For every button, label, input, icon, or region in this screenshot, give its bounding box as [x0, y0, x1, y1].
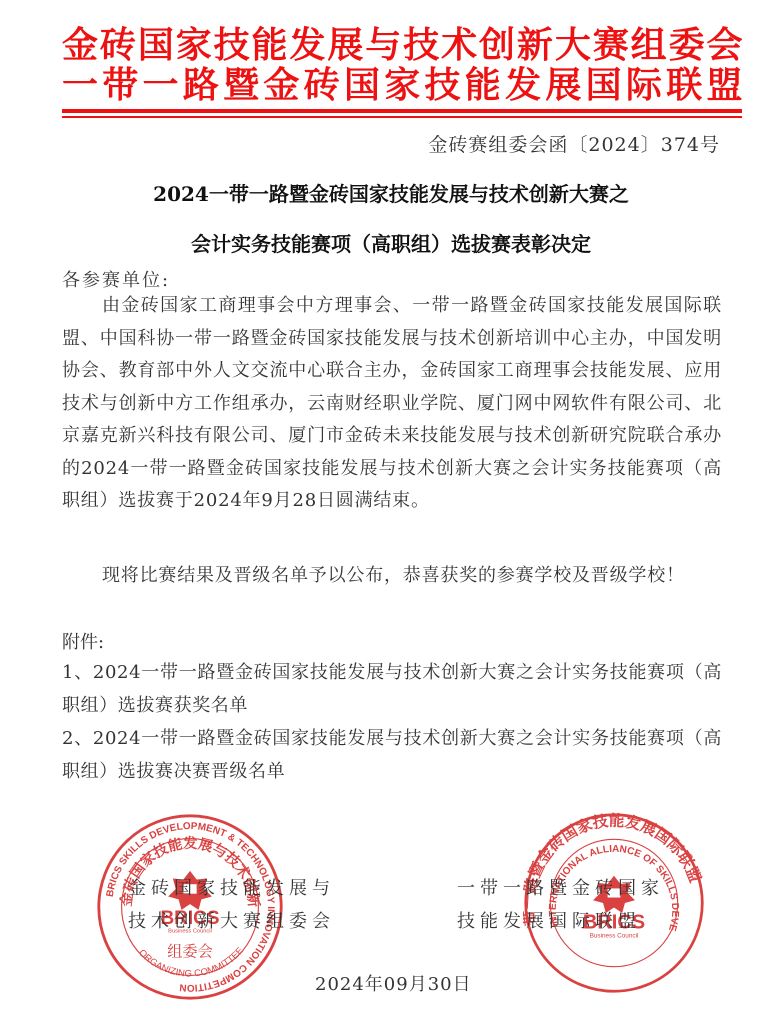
signature-organizing-committee: 金砖国家技能发展与 技术创新大赛组委会	[128, 872, 335, 938]
document-title-line2: 会计实务技能赛项（高职组）选拔赛表彰决定	[0, 228, 782, 257]
attachments-list: 1、2024一带一路暨金砖国家技能发展与技术创新大赛之会计实务技能赛项（高职组）…	[62, 656, 722, 788]
signature-left-line2: 技术创新大赛组委会	[128, 905, 335, 938]
signature-right-line1: 一带一路暨金砖国家	[457, 872, 664, 905]
issue-date: 2024年09月30日	[315, 970, 472, 996]
signature-right-line2: 技能发展国际联盟	[457, 905, 664, 938]
signature-left-line1: 金砖国家技能发展与	[128, 872, 335, 905]
body-paragraph-1: 由金砖国家工商理事会中方理事会、一带一路暨金砖国家技能发展国际联盟、中国科协一带…	[62, 290, 722, 518]
letterhead-rule-thin	[62, 116, 742, 118]
attachment-item: 1、2024一带一路暨金砖国家技能发展与技术创新大赛之会计实务技能赛项（高职组）…	[62, 656, 722, 722]
document-title-line1: 2024一带一路暨金砖国家技能发展与技术创新大赛之	[0, 178, 782, 207]
attachments-label: 附件:	[62, 628, 104, 654]
attachment-item: 2、2024一带一路暨金砖国家技能发展与技术创新大赛之会计实务技能赛项（高职组）…	[62, 722, 722, 788]
letterhead-title-line2: 一带一路暨金砖国家技能发展国际联盟	[62, 64, 742, 108]
salutation: 各参赛单位:	[62, 266, 170, 292]
body-paragraph-2: 现将比赛结果及晋级名单予以公布，恭喜获奖的参赛学校及晋级学校！	[62, 560, 722, 593]
letterhead-rule-thick	[62, 109, 742, 113]
document-number: 金砖赛组委会函〔2024〕374号	[428, 130, 720, 157]
svg-text:组委会: 组委会	[167, 942, 213, 960]
signature-international-alliance: 一带一路暨金砖国家 技能发展国际联盟	[457, 872, 664, 938]
letterhead-title-line1: 金砖国家技能发展与技术创新大赛组委会	[62, 24, 742, 68]
